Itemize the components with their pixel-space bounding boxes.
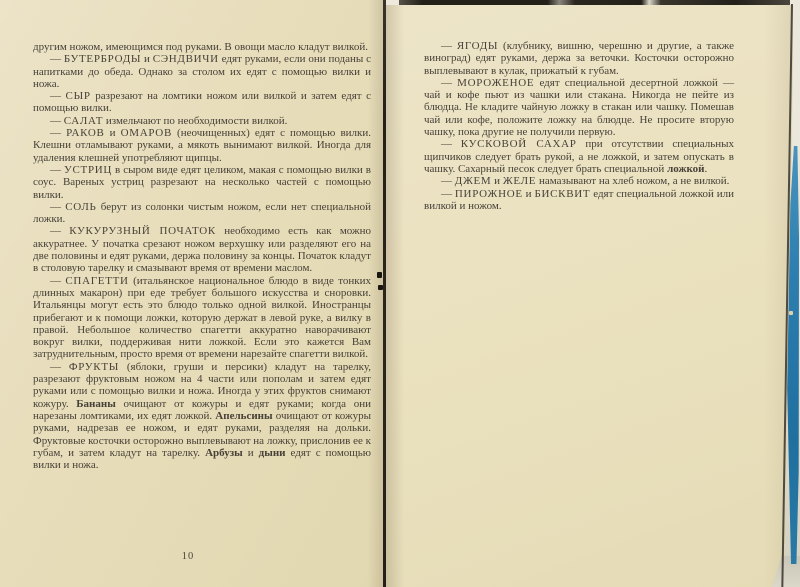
text-segment: и [523, 188, 535, 200]
food-term: КУСКОВОЙ САХАР [461, 138, 577, 150]
right-page-text: — ЯГОДЫ (клубнику, вишню, черешню и друг… [424, 40, 734, 212]
top-right-background [793, 0, 800, 148]
paragraph: — СЫР разрезают на ломтики ножом или вил… [33, 90, 371, 115]
gutter-speck [377, 272, 382, 278]
paragraph: — СОЛЬ берут из солонки чистым ножом, ес… [33, 201, 371, 226]
text-segment: — [50, 201, 65, 213]
text-segment: намазывают на хлеб ножом, а не вилкой. [536, 175, 729, 187]
text-segment: — [50, 53, 64, 65]
paragraph: другим ножом, имеющимся под руками. В ов… [33, 41, 371, 53]
text-segment: . [704, 163, 707, 175]
text-segment: другим ножом, имеющимся под руками. В ов… [33, 41, 368, 53]
food-term: МОРОЖЕНОЕ [457, 77, 534, 89]
paragraph: — УСТРИЦ в сыром виде едят целиком, мака… [33, 164, 371, 201]
paragraph: — КУСКОВОЙ САХАР при отсутствии специаль… [424, 138, 734, 175]
text-segment: — [441, 175, 455, 187]
text-segment: — [50, 275, 65, 287]
text-segment: — [50, 115, 64, 127]
text-segment: и [491, 175, 502, 187]
paragraph: — ДЖЕМ и ЖЕЛЕ намазывают на хлеб ножом, … [424, 175, 734, 187]
text-segment: — [50, 361, 69, 373]
text-segment: и [141, 53, 153, 65]
bold-term: Арбузы [205, 447, 243, 459]
text-segment: — [441, 138, 461, 150]
cover-fleck [789, 311, 793, 315]
text-segment: — [441, 188, 455, 200]
paragraph: — ЯГОДЫ (клубнику, вишню, черешню и друг… [424, 40, 734, 77]
food-term: ФРУКТЫ [69, 361, 119, 373]
food-term: РАКОВ [66, 127, 105, 139]
text-segment: — [441, 77, 457, 89]
book-scan: другим ножом, имеющимся под руками. В ов… [0, 0, 800, 587]
gutter-speck [378, 285, 383, 290]
text-segment: измельчают по необходимости вилкой. [103, 115, 287, 127]
text-segment: — [50, 127, 66, 139]
bold-term: ложкой [667, 163, 704, 175]
left-page-text: другим ножом, имеющимся под руками. В ов… [33, 41, 371, 471]
paragraph: — ПИРОЖНОЕ и БИСКВИТ едят специальной ло… [424, 188, 734, 213]
text-segment: — [50, 164, 64, 176]
text-segment: и [243, 447, 259, 459]
food-term: ОМАРОВ [121, 127, 172, 139]
paragraph: — БУТЕРБРОДЫ и СЭНДВИЧИ едят руками, есл… [33, 53, 371, 90]
food-term: БУТЕРБРОДЫ [64, 53, 141, 65]
food-term: КУКУРУЗНЫЙ ПОЧАТОК [69, 225, 216, 237]
paragraph: — САЛАТ измельчают по необходимости вилк… [33, 115, 371, 127]
food-term: САЛАТ [64, 115, 103, 127]
food-term: БИСКВИТ [534, 188, 590, 200]
bold-term: Апельсины [215, 410, 272, 422]
food-term: ДЖЕМ [455, 175, 492, 187]
paragraph: — ФРУКТЫ (яблоки, груши и персики) кладу… [33, 361, 371, 472]
text-segment: — [50, 225, 69, 237]
paragraph: — РАКОВ и ОМАРОВ (неочищенных) едят с по… [33, 127, 371, 164]
food-term: ЯГОДЫ [457, 40, 498, 52]
food-term: ПИРОЖНОЕ [455, 188, 523, 200]
food-term: ЖЕЛЕ [503, 175, 536, 187]
bold-term: дыни [259, 447, 286, 459]
food-term: УСТРИЦ [64, 164, 112, 176]
text-segment: и [105, 127, 121, 139]
food-term: СОЛЬ [65, 201, 96, 213]
text-segment: — [441, 40, 457, 52]
food-term: СЭНДВИЧИ [153, 53, 219, 65]
paragraph: — СПАГЕТТИ (итальянское национальное блю… [33, 275, 371, 361]
food-term: СЫР [66, 90, 91, 102]
food-term: СПАГЕТТИ [65, 275, 128, 287]
page-number: 10 [172, 551, 204, 562]
text-segment: — [50, 90, 66, 102]
book-gutter [383, 0, 386, 587]
paragraph: — МОРОЖЕНОЕ едят специальной десертной л… [424, 77, 734, 138]
paragraph: — КУКУРУЗНЫЙ ПОЧАТОК необходимо есть как… [33, 225, 371, 274]
text-segment: (итальянское национальное блюдо в виде т… [33, 275, 371, 361]
bold-term: Бананы [76, 398, 116, 410]
